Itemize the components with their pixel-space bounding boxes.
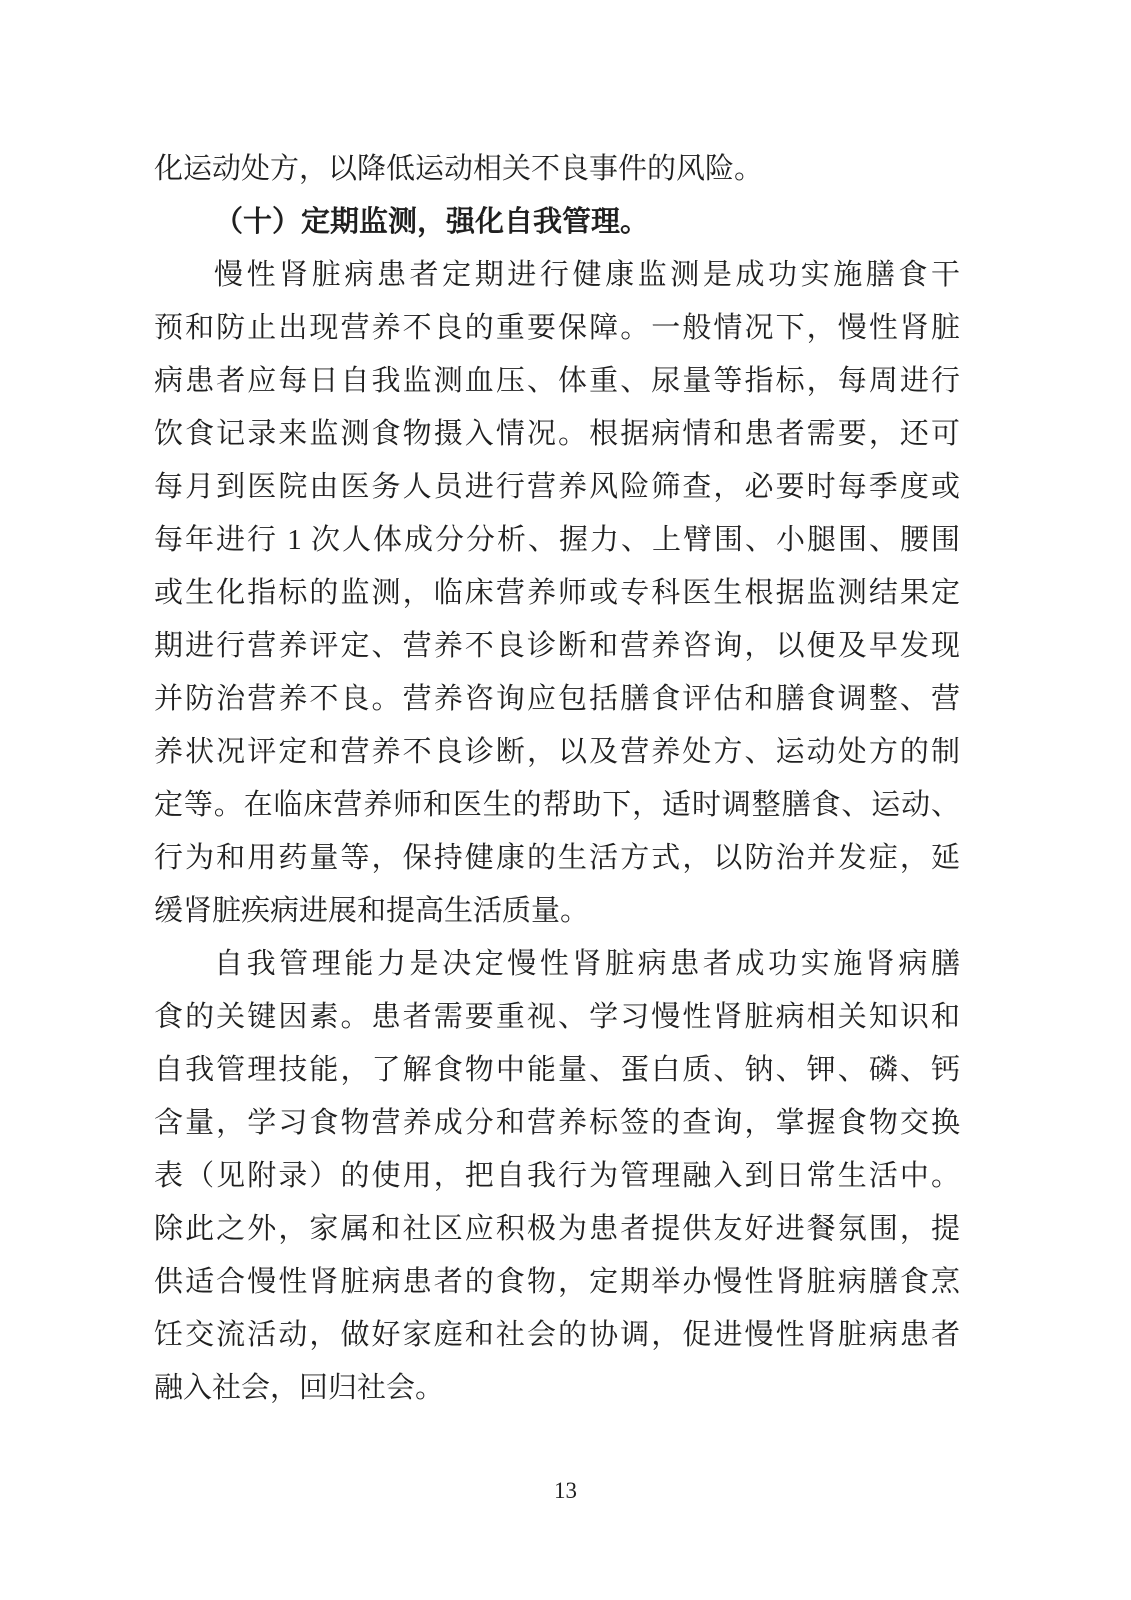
document-body: 化运动处方，以降低运动相关不良事件的风险。（十）定期监测，强化自我管理。慢性肾脏… [154, 143, 960, 1415]
text-line: 定等。在临床营养师和医生的帮助下，适时调整膳食、运动、 [154, 779, 960, 832]
text-line: 饪交流活动，做好家庭和社会的协调，促进慢性肾脏病患者 [154, 1309, 960, 1362]
paragraph-exercise-continuation: 化运动处方，以降低运动相关不良事件的风险。 [154, 143, 960, 196]
text-line: 饮食记录来监测食物摄入情况。根据病情和患者需要，还可 [154, 408, 960, 461]
text-line: 病患者应每日自我监测血压、体重、尿量等指标，每周进行 [154, 355, 960, 408]
text-line: 行为和用药量等，保持健康的生活方式，以防治并发症，延 [154, 832, 960, 885]
paragraph-self-management: 自我管理能力是决定慢性肾脏病患者成功实施肾病膳食的关键因素。患者需要重视、学习慢… [154, 938, 960, 1415]
text-line: （十）定期监测，强化自我管理。 [154, 196, 960, 249]
text-line: 融入社会，回归社会。 [154, 1362, 960, 1415]
page-number: 13 [0, 1478, 1131, 1504]
document-page: 化运动处方，以降低运动相关不良事件的风险。（十）定期监测，强化自我管理。慢性肾脏… [0, 0, 1131, 1600]
text-line: 供适合慢性肾脏病患者的食物，定期举办慢性肾脏病膳食烹 [154, 1256, 960, 1309]
text-line: 慢性肾脏病患者定期进行健康监测是成功实施膳食干 [154, 249, 960, 302]
text-line: 缓肾脏疾病进展和提高生活质量。 [154, 885, 960, 938]
text-line: 期进行营养评定、营养不良诊断和营养咨询，以便及早发现 [154, 620, 960, 673]
text-line: 食的关键因素。患者需要重视、学习慢性肾脏病相关知识和 [154, 991, 960, 1044]
text-line: 并防治营养不良。营养咨询应包括膳食评估和膳食调整、营 [154, 673, 960, 726]
text-line: 表（见附录）的使用，把自我行为管理融入到日常生活中。 [154, 1150, 960, 1203]
text-line: 除此之外，家属和社区应积极为患者提供友好进餐氛围，提 [154, 1203, 960, 1256]
text-line: 每年进行 1 次人体成分分析、握力、上臂围、小腿围、腰围 [154, 514, 960, 567]
text-line: 或生化指标的监测，临床营养师或专科医生根据监测结果定 [154, 567, 960, 620]
text-line: 每月到医院由医务人员进行营养风险筛查，必要时每季度或 [154, 461, 960, 514]
section-heading-ten: （十）定期监测，强化自我管理。 [154, 196, 960, 249]
text-line: 自我管理技能，了解食物中能量、蛋白质、钠、钾、磷、钙 [154, 1044, 960, 1097]
text-line: 含量，学习食物营养成分和营养标签的查询，掌握食物交换 [154, 1097, 960, 1150]
paragraph-health-monitoring: 慢性肾脏病患者定期进行健康监测是成功实施膳食干预和防止出现营养不良的重要保障。一… [154, 249, 960, 938]
text-line: 预和防止出现营养不良的重要保障。一般情况下，慢性肾脏 [154, 302, 960, 355]
text-line: 化运动处方，以降低运动相关不良事件的风险。 [154, 143, 960, 196]
text-line: 养状况评定和营养不良诊断，以及营养处方、运动处方的制 [154, 726, 960, 779]
text-line: 自我管理能力是决定慢性肾脏病患者成功实施肾病膳 [154, 938, 960, 991]
